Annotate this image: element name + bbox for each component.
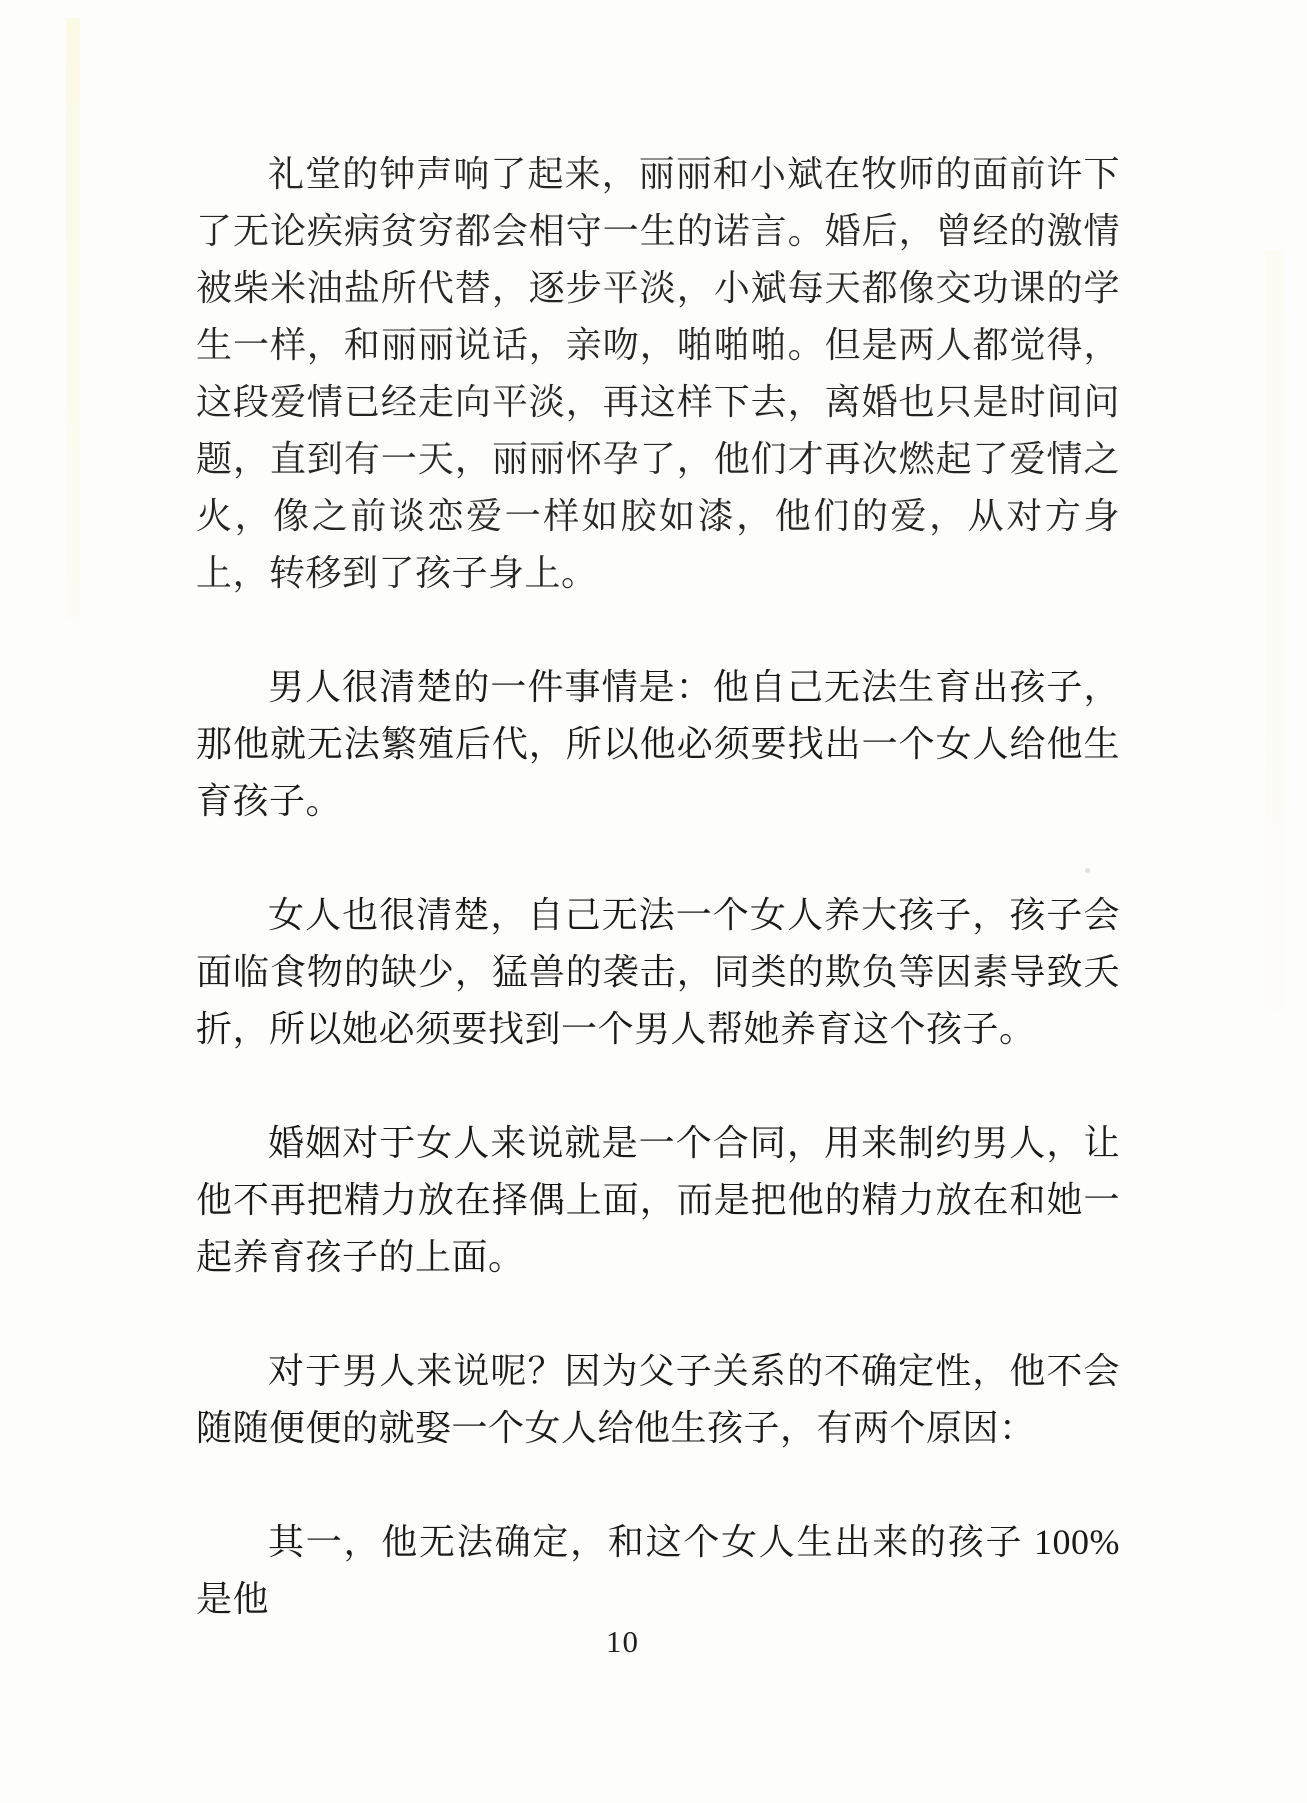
paragraph-marriage-contract: 婚姻对于女人来说就是一个合同，用来制约男人，让他不再把精力放在择偶上面，而是把他… bbox=[196, 1115, 1120, 1286]
scan-artifact-left-band bbox=[66, 18, 80, 618]
paragraph-wedding-story: 礼堂的钟声响了起来，丽丽和小斌在牧师的面前许下了无论疾病贫穷都会相守一生的诺言。… bbox=[196, 146, 1120, 602]
paragraph-reason-one: 其一，他无法确定，和这个女人生出来的孩子 100%是他 bbox=[196, 1514, 1120, 1628]
text-block: 礼堂的钟声响了起来，丽丽和小斌在牧师的面前许下了无论疾病贫穷都会相守一生的诺言。… bbox=[196, 146, 1120, 1685]
scan-artifact-right-band bbox=[1265, 250, 1283, 1010]
paragraph-man-uncertainty: 对于男人来说呢？因为父子关系的不确定性，他不会随随便便的就娶一个女人给他生孩子，… bbox=[196, 1343, 1120, 1457]
paragraph-man-reproduction: 男人很清楚的一件事情是：他自己无法生育出孩子，那他就无法繁殖后代，所以他必须要找… bbox=[196, 659, 1120, 830]
paragraph-woman-childrearing: 女人也很清楚，自己无法一个女人养大孩子，孩子会面临食物的缺少，猛兽的袭击，同类的… bbox=[196, 887, 1120, 1058]
document-page: 礼堂的钟声响了起来，丽丽和小斌在牧师的面前许下了无论疾病贫穷都会相守一生的诺言。… bbox=[0, 0, 1307, 1803]
page-number: 10 bbox=[560, 1624, 685, 1660]
